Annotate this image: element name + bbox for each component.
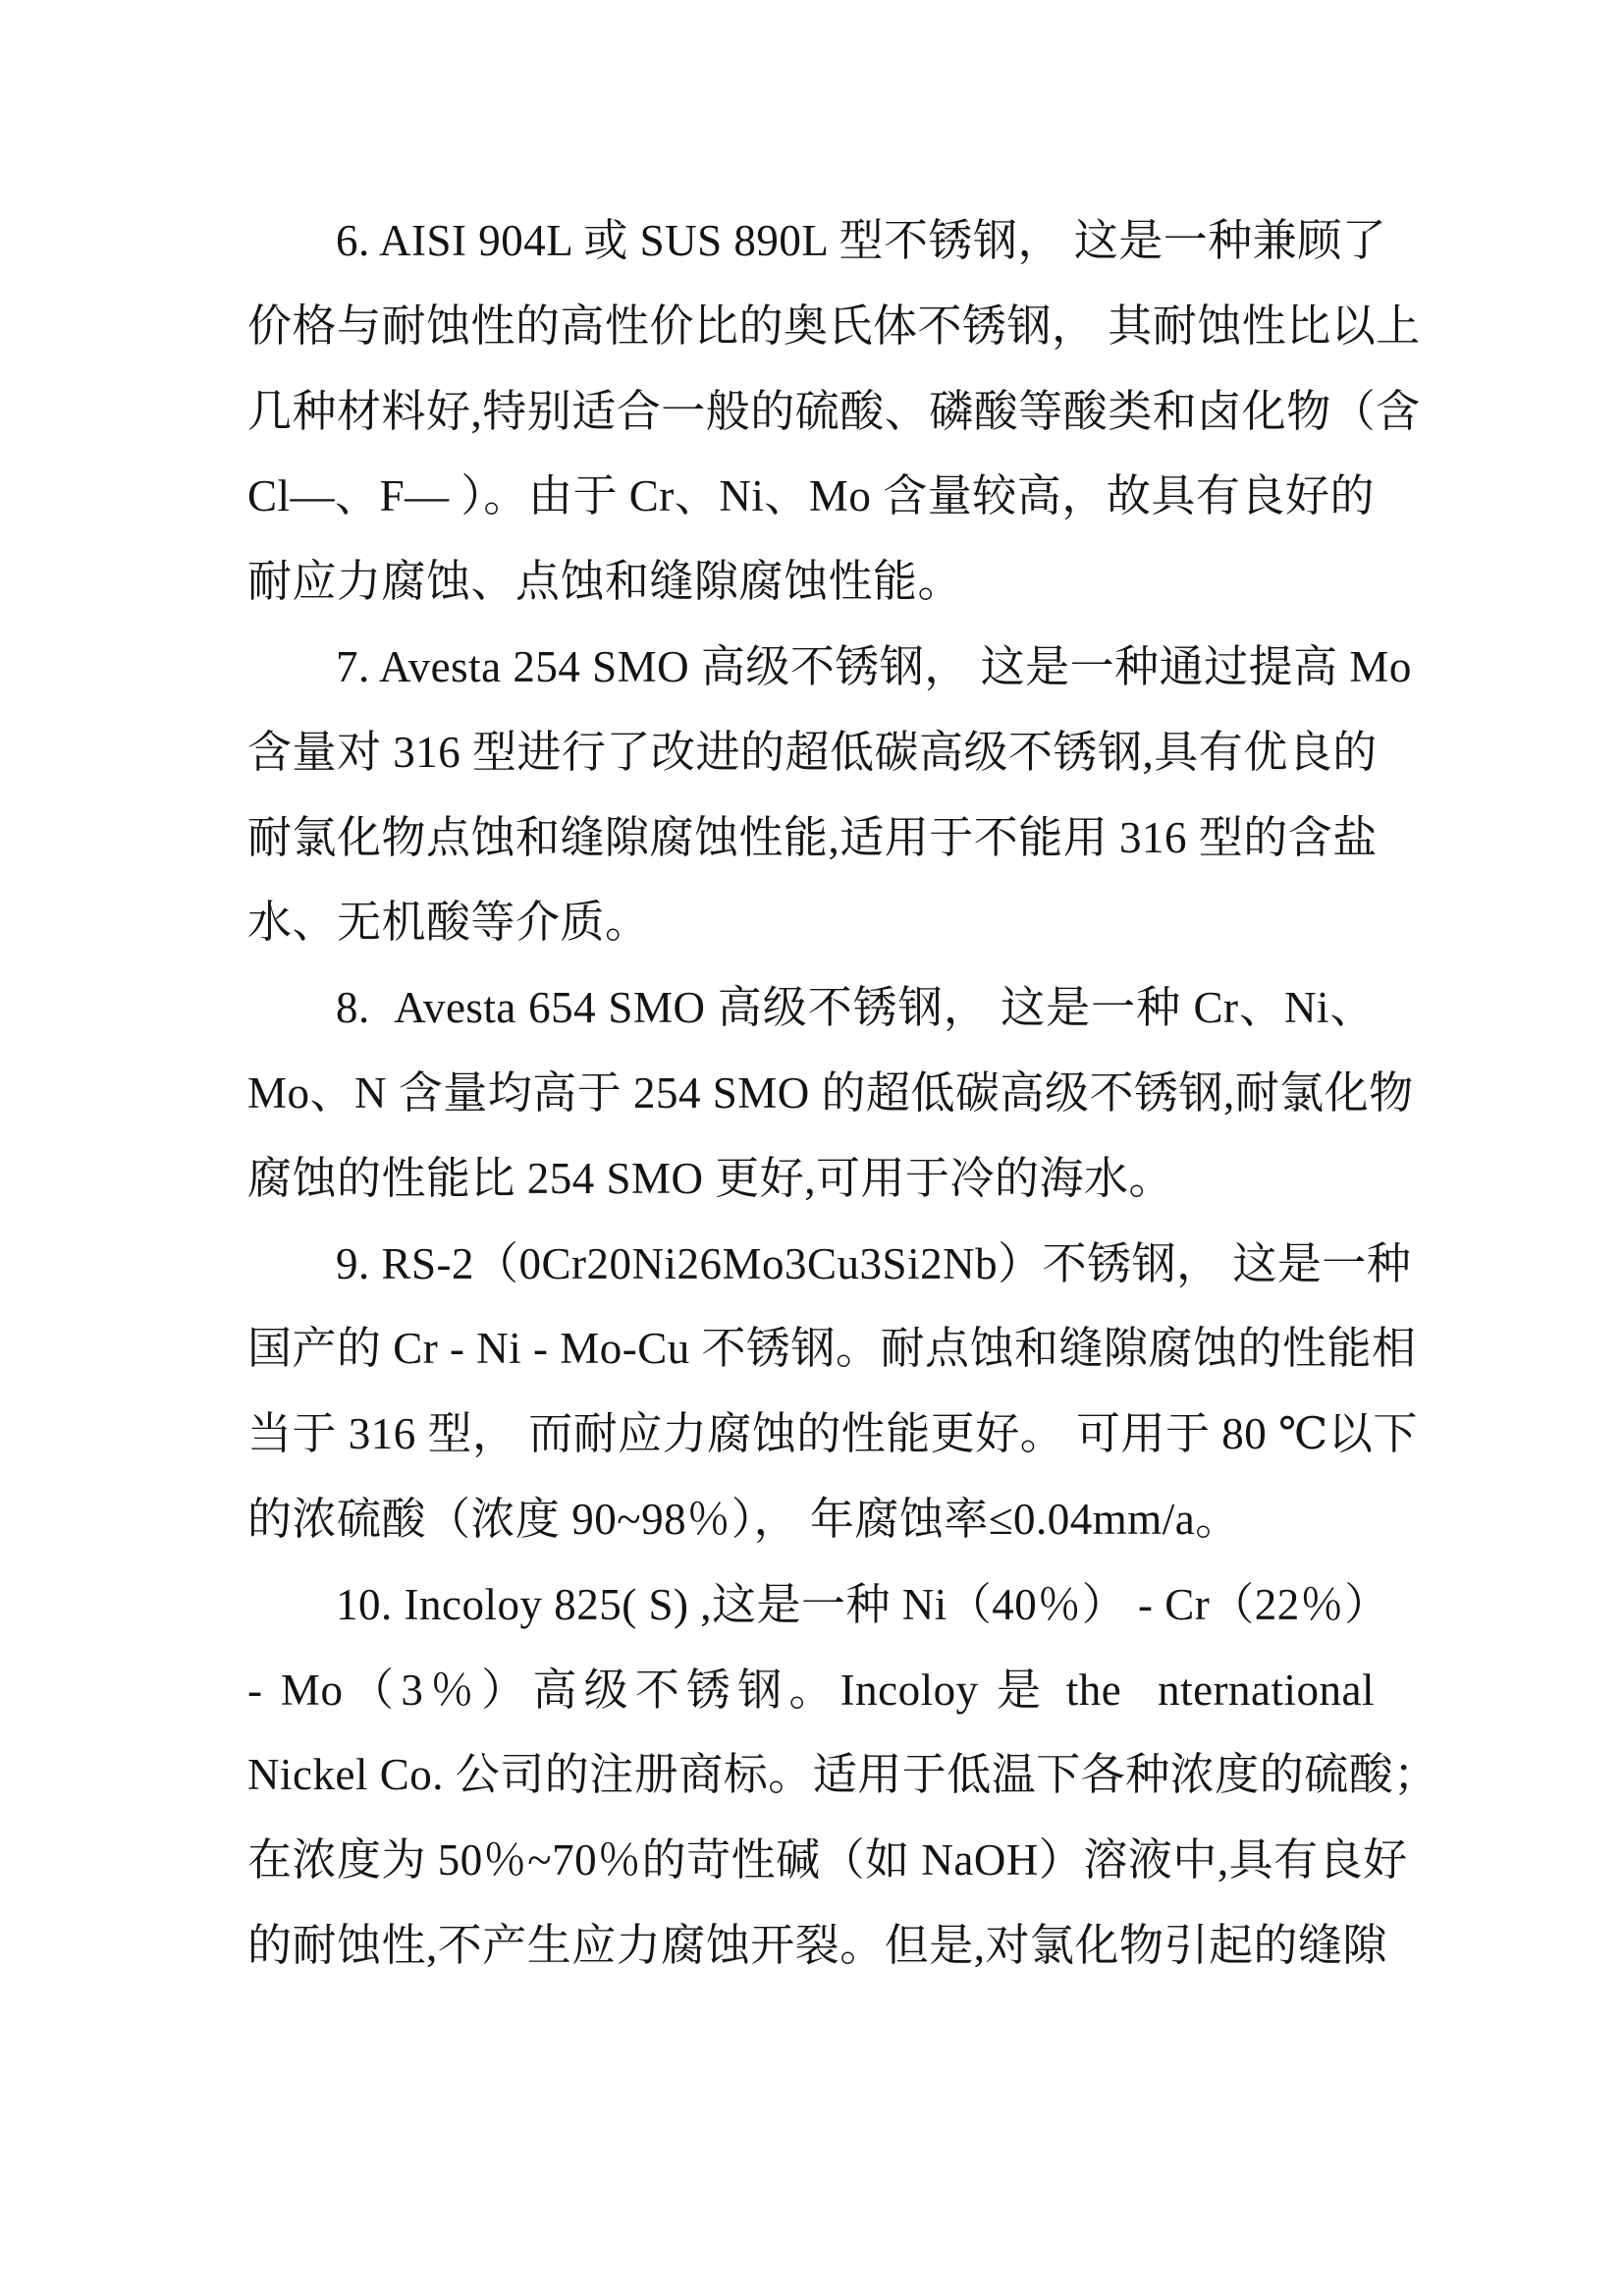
text-line: 9. RS-2（0Cr20Ni26Mo3Cu3Si2Nb）不锈钢， 这是一种 <box>247 1222 1375 1307</box>
paragraph-9: 9. RS-2（0Cr20Ni26Mo3Cu3Si2Nb）不锈钢， 这是一种国产… <box>247 1222 1375 1562</box>
text-line: 国产的 Cr - Ni - Mo-Cu 不锈钢。耐点蚀和缝隙腐蚀的性能相 <box>247 1306 1375 1392</box>
text-line: 的浓硫酸（浓度 90~98％）， 年腐蚀率≤0.04mm/a。 <box>247 1477 1375 1562</box>
text-line: 在浓度为 50％~70％的苛性碱（如 NaOH）溶液中,具有良好 <box>247 1818 1375 1903</box>
paragraph-7: 7. Avesta 254 SMO 高级不锈钢， 这是一种通过提高 Mo含量对 … <box>247 625 1375 965</box>
text-line: 8. Avesta 654 SMO 高级不锈钢， 这是一种 Cr、Ni、 <box>247 965 1375 1051</box>
text-line: 价格与耐蚀性的高性价比的奥氏体不锈钢， 其耐蚀性比以上 <box>247 284 1375 369</box>
paragraph-10: 10. Incoloy 825( S) ,这是一种 Ni（40％） - Cr（2… <box>247 1562 1375 1989</box>
text-line: Cl—、F— ）。由于 Cr、Ni、Mo 含量较高，故具有良好的 <box>247 454 1375 539</box>
text-line: - Mo（3％）高级不锈钢。Incoloy 是 the nternational <box>247 1648 1375 1733</box>
text-line: Nickel Co. 公司的注册商标。适用于低温下各种浓度的硫酸； <box>247 1732 1375 1818</box>
document-page: 6. AISI 904L 或 SUS 890L 型不锈钢， 这是一种兼顾了价格与… <box>0 0 1623 2296</box>
text-line: 含量对 316 型进行了改进的超低碳高级不锈钢,具有优良的 <box>247 710 1375 795</box>
paragraph-8: 8. Avesta 654 SMO 高级不锈钢， 这是一种 Cr、Ni、Mo、N… <box>247 965 1375 1221</box>
text-line: 7. Avesta 254 SMO 高级不锈钢， 这是一种通过提高 Mo <box>247 625 1375 710</box>
text-line: 耐氯化物点蚀和缝隙腐蚀性能,适用于不能用 316 型的含盐 <box>247 795 1375 881</box>
text-line: 几种材料好,特别适合一般的硫酸、磷酸等酸类和卤化物（含 <box>247 369 1375 455</box>
text-block: 6. AISI 904L 或 SUS 890L 型不锈钢， 这是一种兼顾了价格与… <box>247 198 1375 1989</box>
text-line: 10. Incoloy 825( S) ,这是一种 Ni（40％） - Cr（2… <box>247 1562 1375 1648</box>
paragraph-6: 6. AISI 904L 或 SUS 890L 型不锈钢， 这是一种兼顾了价格与… <box>247 198 1375 625</box>
text-line: 耐应力腐蚀、点蚀和缝隙腐蚀性能。 <box>247 539 1375 625</box>
text-line: 腐蚀的性能比 254 SMO 更好,可用于冷的海水。 <box>247 1136 1375 1222</box>
text-line: Mo、N 含量均高于 254 SMO 的超低碳高级不锈钢,耐氯化物 <box>247 1051 1375 1136</box>
text-line: 6. AISI 904L 或 SUS 890L 型不锈钢， 这是一种兼顾了 <box>247 198 1375 284</box>
text-line: 当于 316 型， 而耐应力腐蚀的性能更好。 可用于 80 ℃以下 <box>247 1392 1375 1477</box>
text-line: 的耐蚀性,不产生应力腐蚀开裂。但是,对氯化物引起的缝隙 <box>247 1903 1375 1989</box>
text-line: 水、无机酸等介质。 <box>247 880 1375 965</box>
